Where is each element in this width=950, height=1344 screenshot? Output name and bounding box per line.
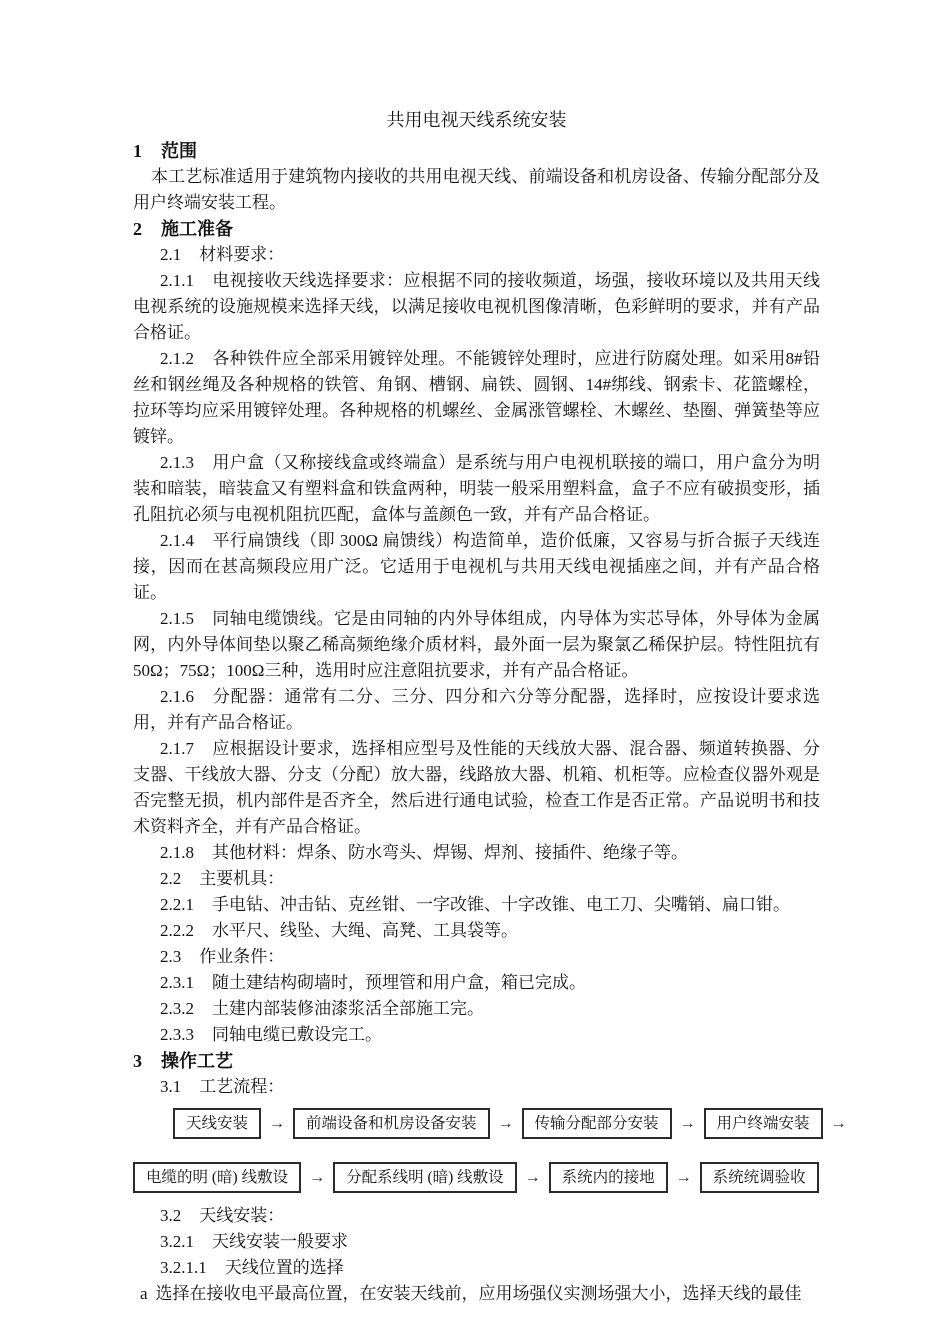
process-flowchart: 天线安装→前端设备和机房设备安装→传输分配部分安装→用户终端安装→电缆的明 (暗…: [133, 1108, 820, 1193]
para-2-1-4: 2.1.4平行扁馈线（即 300Ω 扁馈线）构造简单，造价低廉，又容易与折合振子…: [133, 528, 820, 606]
para-text: 材料要求：: [199, 245, 284, 264]
para-text: 用户盒（又称接线盒或终端盒）是系统与用户电视机联接的端口，用户盒分为明装和暗装，…: [133, 453, 820, 524]
para-num: 3.2.1: [160, 1232, 194, 1251]
para-num: 2.3.2: [160, 999, 194, 1018]
para-text: 天线安装：: [199, 1206, 284, 1225]
para-text: 同轴电缆已敷设完工。: [212, 1025, 382, 1044]
para-num: 2.2.2: [160, 921, 194, 940]
para-text: 电视接收天线选择要求：应根据不同的接收频道，场强，接收环境以及共用天线电视系统的…: [133, 271, 820, 342]
para-a: a选择在接收电平最高位置，在安装天线前，应用场强仪实测场强大小，选择天线的最佳: [133, 1281, 820, 1307]
para-2-3-2: 2.3.2土建内部装修油漆浆活全部施工完。: [133, 996, 820, 1022]
arrow-right-icon: →: [676, 1165, 692, 1190]
para-num: 3.1: [160, 1077, 181, 1096]
para-2-2-2: 2.2.2水平尺、线坠、大绳、高凳、工具袋等。: [133, 918, 820, 944]
para-text: 水平尺、线坠、大绳、高凳、工具袋等。: [212, 921, 518, 940]
para-num: 2.1.4: [160, 531, 194, 550]
para-text: 工艺流程：: [199, 1077, 284, 1096]
para-text: 土建内部装修油漆浆活全部施工完。: [212, 999, 484, 1018]
para-text: 分配器：通常有二分、三分、四分和六分等分配器，选择时，应按设计要求选用，并有产品…: [133, 687, 820, 732]
para-num: 2.2: [160, 869, 181, 888]
para-2-3: 2.3作业条件：: [133, 944, 820, 970]
para-3-1: 3.1工艺流程：: [133, 1074, 820, 1100]
para-body-1: 本工艺标准适用于建筑物内接收的共用电视天线、前端设备和机房设备、传输分配部分及用…: [133, 164, 820, 216]
flow-step: 天线安装: [173, 1108, 261, 1139]
para-2-1-5: 2.1.5同轴电缆馈线。它是由同轴的内外导体组成，内导体为实芯导体，外导体为金属…: [133, 606, 820, 684]
para-num: 1: [133, 141, 142, 161]
para-num: 2.1.1: [160, 271, 194, 290]
para-text: 应根据设计要求，选择相应型号及性能的天线放大器、混合器、频道转换器、分支器、干线…: [133, 739, 820, 836]
para-2-3-3: 2.3.3同轴电缆已敷设完工。: [133, 1022, 820, 1048]
para-num: 3.2: [160, 1206, 181, 1225]
para-text: 平行扁馈线（即 300Ω 扁馈线）构造简单，造价低廉，又容易与折合振子天线连接，…: [133, 531, 820, 602]
arrow-right-icon: →: [680, 1111, 696, 1136]
para-3-2-1: 3.2.1天线安装一般要求: [133, 1229, 820, 1255]
para-num: 2.1.7: [160, 739, 194, 758]
flow-row-2: 电缆的明 (暗) 线敷设→分配系线明 (暗) 线敷设→系统内的接地→系统统调验收: [133, 1162, 820, 1193]
para-num: 3.2.1.1: [160, 1258, 207, 1277]
para-text: 主要机具：: [199, 869, 284, 888]
para-text: 选择在接收电平最高位置，在安装天线前，应用场强仪实测场强大小，选择天线的最佳: [156, 1284, 802, 1303]
para-num: 2.3.3: [160, 1025, 194, 1044]
para-num: 2.3.1: [160, 973, 194, 992]
arrow-right-icon: →: [498, 1111, 514, 1136]
para-text: 施工准备: [161, 219, 233, 239]
para-2-3-1: 2.3.1随土建结构砌墙时，预埋管和用户盒，箱已完成。: [133, 970, 820, 996]
doc-title: 共用电视天线系统安装: [133, 106, 820, 134]
para-num: 2.1.6: [160, 687, 194, 706]
para-2: 2施工准备: [133, 216, 820, 242]
para-2-1-8: 2.1.8其他材料：焊条、防水弯头、焊锡、焊剂、接插件、绝缘子等。: [133, 840, 820, 866]
flow-step: 系统内的接地: [549, 1162, 668, 1193]
para-text: 范围: [161, 141, 197, 161]
para-text: 随土建结构砌墙时，预埋管和用户盒，箱已完成。: [212, 973, 586, 992]
para-text: 天线安装一般要求: [212, 1232, 348, 1251]
para-text: 各种铁件应全部采用镀锌处理。不能镀锌处理时，应进行防腐处理。如采用8#铅丝和钢丝…: [133, 349, 820, 446]
para-2-1-6: 2.1.6分配器：通常有二分、三分、四分和六分等分配器，选择时，应按设计要求选用…: [133, 684, 820, 736]
para-3-2: 3.2天线安装：: [133, 1203, 820, 1229]
para-num: 3: [133, 1051, 142, 1071]
arrow-right-icon: →: [831, 1111, 847, 1136]
para-2-2: 2.2主要机具：: [133, 866, 820, 892]
doc-content: 1范围本工艺标准适用于建筑物内接收的共用电视天线、前端设备和机房设备、传输分配部…: [133, 138, 820, 1307]
document-page: 共用电视天线系统安装 1范围本工艺标准适用于建筑物内接收的共用电视天线、前端设备…: [0, 0, 950, 1344]
para-text: 操作工艺: [161, 1051, 233, 1071]
para-2-1-3: 2.1.3用户盒（又称接线盒或终端盒）是系统与用户电视机联接的端口，用户盒分为明…: [133, 450, 820, 528]
para-3-2-1-1: 3.2.1.1天线位置的选择: [133, 1255, 820, 1281]
flow-step: 前端设备和机房设备安装: [293, 1108, 490, 1139]
flow-step: 系统统调验收: [700, 1162, 819, 1193]
para-num: 2.2.1: [160, 895, 194, 914]
para-text: 同轴电缆馈线。它是由同轴的内外导体组成，内导体为实芯导体，外导体为金属网，内外导…: [133, 609, 820, 680]
flow-step: 用户终端安装: [704, 1108, 823, 1139]
para-text: 本工艺标准适用于建筑物内接收的共用电视天线、前端设备和机房设备、传输分配部分及用…: [133, 167, 820, 212]
para-text: 手电钻、冲击钻、克丝钳、一字改锥、十字改锥、电工刀、尖嘴销、扁口钳。: [212, 895, 790, 914]
arrow-right-icon: →: [525, 1165, 541, 1190]
para-text: 天线位置的选择: [225, 1258, 344, 1277]
para-3: 3操作工艺: [133, 1048, 820, 1074]
para-num: 2.1: [160, 245, 181, 264]
para-num: a: [140, 1284, 148, 1303]
flow-step: 分配系线明 (暗) 线敷设: [333, 1162, 517, 1193]
para-num: 2.1.5: [160, 609, 194, 628]
flow-step: 电缆的明 (暗) 线敷设: [133, 1162, 301, 1193]
para-2-1: 2.1材料要求：: [133, 242, 820, 268]
arrow-right-icon: →: [309, 1165, 325, 1190]
flow-row-1: 天线安装→前端设备和机房设备安装→传输分配部分安装→用户终端安装→: [173, 1108, 820, 1139]
para-text: 作业条件：: [199, 947, 284, 966]
para-2-2-1: 2.2.1手电钻、冲击钻、克丝钳、一字改锥、十字改锥、电工刀、尖嘴销、扁口钳。: [133, 892, 820, 918]
para-text: 其他材料：焊条、防水弯头、焊锡、焊剂、接插件、绝缘子等。: [212, 843, 688, 862]
para-2-1-2: 2.1.2各种铁件应全部采用镀锌处理。不能镀锌处理时，应进行防腐处理。如采用8#…: [133, 346, 820, 450]
arrow-right-icon: →: [269, 1111, 285, 1136]
para-2-1-1: 2.1.1电视接收天线选择要求：应根据不同的接收频道，场强，接收环境以及共用天线…: [133, 268, 820, 346]
para-num: 2.3: [160, 947, 181, 966]
para-num: 2.1.2: [160, 349, 194, 368]
flow-step: 传输分配部分安装: [522, 1108, 672, 1139]
para-2-1-7: 2.1.7应根据设计要求，选择相应型号及性能的天线放大器、混合器、频道转换器、分…: [133, 736, 820, 840]
para-num: 2.1.3: [160, 453, 194, 472]
para-num: 2: [133, 219, 142, 239]
para-1: 1范围: [133, 138, 820, 164]
para-num: 2.1.8: [160, 843, 194, 862]
